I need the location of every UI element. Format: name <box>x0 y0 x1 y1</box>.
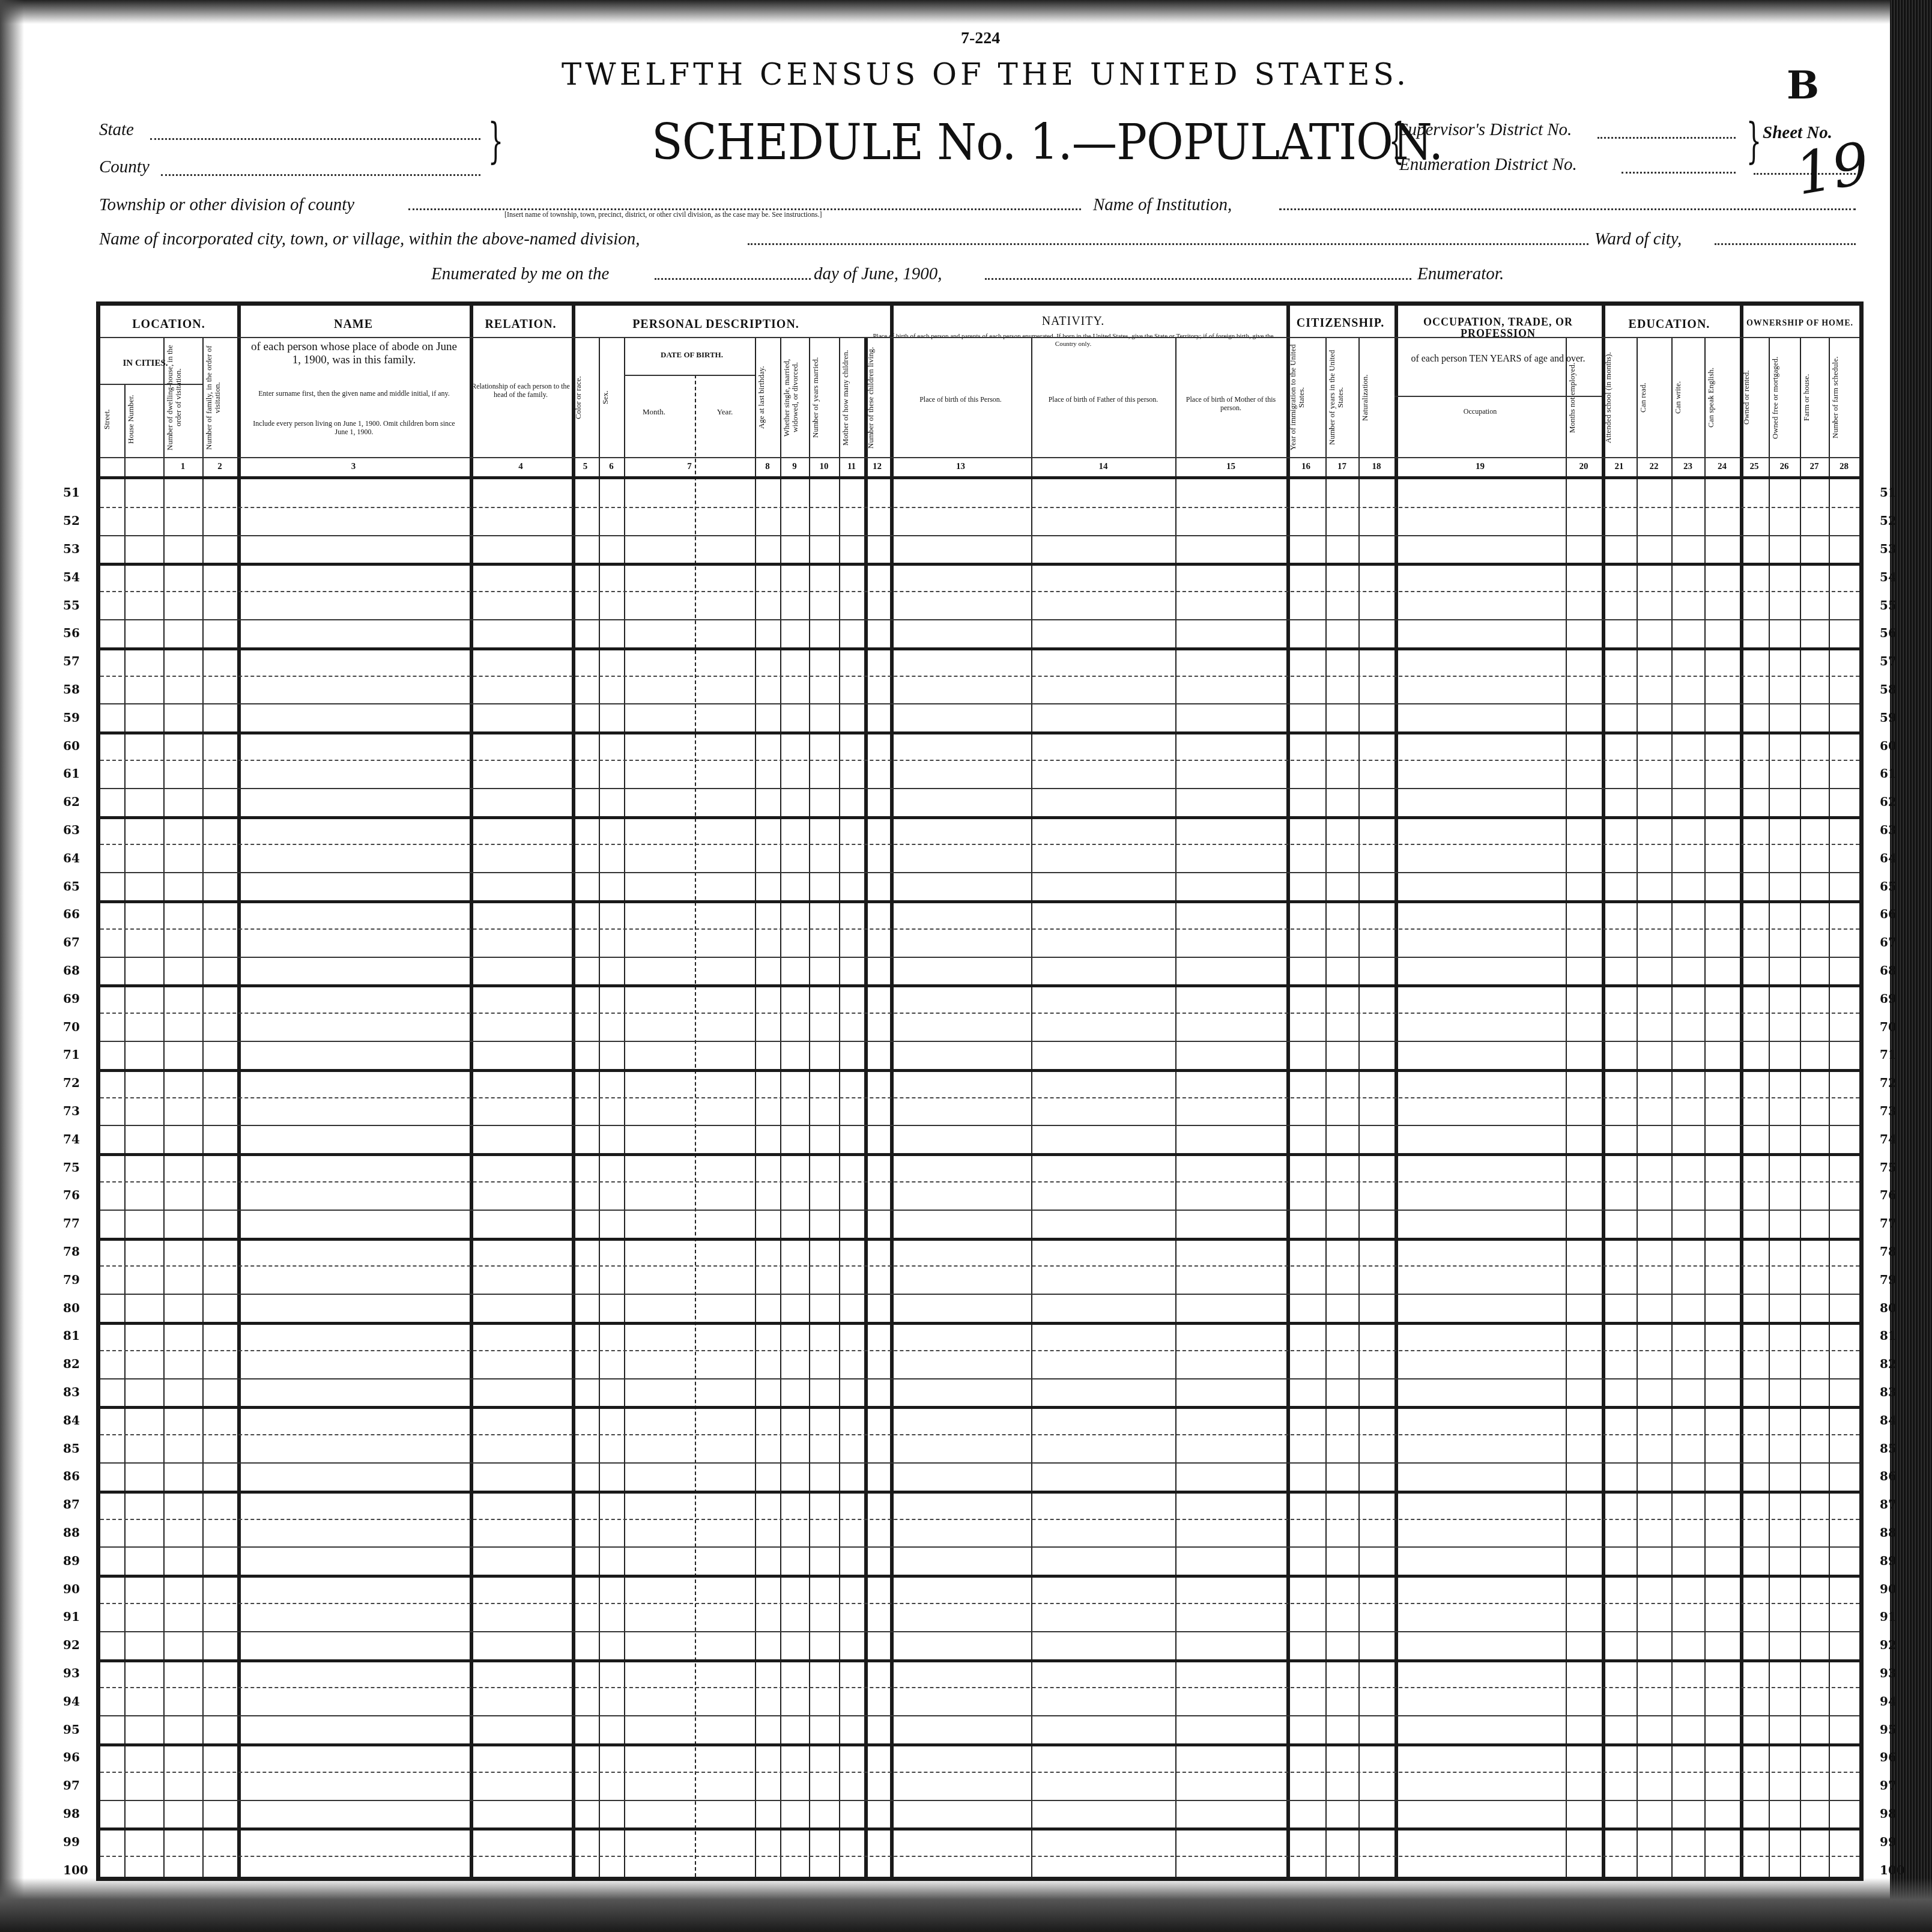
column-header-22: Can read. <box>1639 343 1669 452</box>
header-rule <box>100 337 1859 338</box>
group-name: NAME <box>237 318 470 332</box>
row-number-left: 69 <box>63 992 80 1006</box>
table-row[interactable] <box>100 1265 1859 1294</box>
column-header-1: Number of dwelling-house, in the order o… <box>166 343 200 452</box>
column-header-20: Months not employed. <box>1568 343 1599 452</box>
row-number-left: 82 <box>63 1357 80 1371</box>
table-row[interactable] <box>100 760 1859 788</box>
row-number-right: 92 <box>1880 1638 1897 1652</box>
nativity-description: Place of birth of each person and parent… <box>866 333 1280 348</box>
table-row[interactable] <box>100 703 1859 731</box>
column-header-8: Age at last birthday. <box>757 343 778 452</box>
column-number: 18 <box>1358 462 1394 472</box>
group-ownership: OWNERSHIP OF HOME. <box>1740 319 1860 329</box>
brace-close: } <box>1746 117 1761 165</box>
table-row[interactable] <box>100 731 1859 760</box>
group-citizenship: CITIZENSHIP. <box>1286 316 1394 330</box>
column-number: 6 <box>599 462 624 472</box>
column-header-7-year: Year. <box>695 408 755 417</box>
table-row[interactable] <box>100 619 1859 647</box>
group-occupation: OCCUPATION, TRADE, OR PROFESSION <box>1394 316 1602 339</box>
column-header-14: Place of birth of Father of this person. <box>1037 396 1169 404</box>
row-number-right: 96 <box>1880 1750 1897 1764</box>
table-row[interactable] <box>100 1715 1859 1743</box>
enumerated-day-field[interactable] <box>655 278 811 280</box>
column-header-7-month: Month. <box>624 408 684 417</box>
enumeration-district-field[interactable] <box>1622 172 1736 174</box>
column-number: 27 <box>1800 462 1829 472</box>
row-number-right: 87 <box>1880 1497 1897 1512</box>
row-number-left: 61 <box>63 766 80 781</box>
row-number-right: 63 <box>1880 823 1897 837</box>
row-number-left: 83 <box>63 1385 80 1399</box>
relation-description: Relationship of each person to the head … <box>471 383 570 399</box>
enumerator-label: Enumerator. <box>1417 264 1504 284</box>
row-number-left: 68 <box>63 963 80 978</box>
row-number-left: 73 <box>63 1104 80 1118</box>
row-number-left: 80 <box>63 1301 80 1315</box>
column-number: 7 <box>624 462 755 472</box>
row-number-right: 58 <box>1880 682 1897 697</box>
table-row[interactable] <box>100 1350 1859 1378</box>
column-header-2: Number of family, in the order of visita… <box>205 343 235 452</box>
row-number-left: 58 <box>63 682 80 697</box>
column-header-27: Farm or house. <box>1802 343 1826 452</box>
supervisor-district-field[interactable] <box>1597 137 1736 139</box>
institution-field[interactable] <box>1279 208 1856 210</box>
row-number-left: 87 <box>63 1497 80 1512</box>
row-number-left: 99 <box>63 1835 80 1849</box>
enumerator-field[interactable] <box>985 278 1411 280</box>
scan-edge-left <box>0 0 24 1932</box>
column-number: 8 <box>755 462 780 472</box>
row-number-right: 86 <box>1880 1469 1897 1483</box>
city-field[interactable] <box>748 243 1588 245</box>
table-row[interactable] <box>100 1153 1859 1181</box>
row-number-right: 90 <box>1880 1582 1897 1596</box>
row-number-right: 53 <box>1880 542 1897 556</box>
state-field[interactable] <box>150 138 480 140</box>
ward-field[interactable] <box>1715 243 1856 245</box>
table-row[interactable] <box>100 1519 1859 1547</box>
column-number: 1 <box>163 462 202 472</box>
table-row[interactable] <box>100 1603 1859 1631</box>
row-number-right: 56 <box>1880 626 1897 640</box>
township-label: Township or other division of county <box>99 195 354 215</box>
row-number-right: 80 <box>1880 1301 1897 1315</box>
column-header-28: Number of farm schedule. <box>1831 343 1857 452</box>
row-number-right: 94 <box>1880 1694 1897 1709</box>
row-number-right: 81 <box>1880 1328 1897 1343</box>
table-row[interactable] <box>100 1743 1859 1772</box>
row-number-left: 84 <box>63 1413 80 1428</box>
group-education: EDUCATION. <box>1602 318 1737 332</box>
row-number-left: 53 <box>63 542 80 556</box>
column-header-loc0: Street. <box>103 387 122 452</box>
row-number-right: 67 <box>1880 935 1897 949</box>
column-header-18: Naturalization. <box>1361 343 1392 452</box>
column-number: 22 <box>1637 462 1671 472</box>
column-header-19: Occupation <box>1401 408 1560 416</box>
table-row[interactable] <box>100 1069 1859 1097</box>
subheader-rule <box>624 375 755 376</box>
row-number-left: 100 <box>63 1863 88 1877</box>
form-stamp: 7-224 <box>961 29 1000 48</box>
scan-edge-top <box>0 0 1932 24</box>
enumeration-district-label: Enumeration District No. <box>1399 155 1577 175</box>
table-row[interactable] <box>100 1378 1859 1407</box>
row-number-left: 60 <box>63 739 80 753</box>
enumerated-label: Enumerated by me on the <box>431 264 609 284</box>
row-number-right: 82 <box>1880 1357 1897 1371</box>
row-number-left: 57 <box>63 654 80 668</box>
table-row[interactable] <box>100 676 1859 704</box>
scan-edge-bottom <box>0 1878 1932 1932</box>
row-number-left: 76 <box>63 1188 80 1202</box>
row-number-right: 51 <box>1880 485 1897 500</box>
column-header-26: Owned free or mortgaged. <box>1771 343 1797 452</box>
table-row[interactable] <box>100 1294 1859 1322</box>
table-row[interactable] <box>100 1659 1859 1688</box>
row-number-right: 62 <box>1880 795 1897 809</box>
group-location: LOCATION. <box>100 318 237 332</box>
row-number-right: 98 <box>1880 1806 1897 1821</box>
date-of-birth-label: DATE OF BIRTH. <box>629 351 755 360</box>
column-number: 13 <box>890 462 1031 472</box>
column-number: 11 <box>839 462 864 472</box>
table-row[interactable] <box>100 1828 1859 1856</box>
row-number-left: 93 <box>63 1666 80 1680</box>
row-number-left: 71 <box>63 1047 80 1062</box>
row-number-left: 79 <box>63 1273 80 1287</box>
column-number: 28 <box>1829 462 1859 472</box>
row-number-left: 62 <box>63 795 80 809</box>
row-number-right: 76 <box>1880 1188 1897 1202</box>
column-number: 20 <box>1566 462 1602 472</box>
row-number-left: 77 <box>63 1216 80 1231</box>
subheader-rule <box>100 384 202 385</box>
row-number-left: 67 <box>63 935 80 949</box>
row-number-right: 91 <box>1880 1609 1897 1624</box>
table-row[interactable] <box>100 647 1859 676</box>
table-row[interactable] <box>100 535 1859 563</box>
table-row[interactable] <box>100 479 1859 507</box>
row-number-right: 77 <box>1880 1216 1897 1231</box>
column-number: 4 <box>470 462 572 472</box>
row-number-right: 97 <box>1880 1778 1897 1793</box>
township-note: [Insert name of township, town, precinct… <box>504 210 822 219</box>
table-row[interactable] <box>100 1097 1859 1125</box>
group-personal-description: PERSONAL DESCRIPTION. <box>572 318 860 332</box>
column-header-15: Place of birth of Mother of this person. <box>1181 396 1280 413</box>
row-number-right: 66 <box>1880 907 1897 921</box>
table-row[interactable] <box>100 1013 1859 1041</box>
column-number: 16 <box>1286 462 1325 472</box>
table-row[interactable] <box>100 591 1859 619</box>
column-header-10: Number of years married. <box>811 343 837 452</box>
column-header-13: Place of birth of this Person. <box>896 396 1025 404</box>
column-header-17: Number of years in the United States. <box>1328 343 1356 452</box>
column-number: 26 <box>1769 462 1800 472</box>
table-row[interactable] <box>100 1491 1859 1519</box>
row-number-right: 99 <box>1880 1835 1897 1849</box>
table-row[interactable] <box>100 1041 1859 1069</box>
row-number-right: 89 <box>1880 1554 1897 1568</box>
row-number-right: 72 <box>1880 1076 1897 1090</box>
column-header-25: Owned or rented. <box>1742 343 1766 452</box>
row-number-right: 74 <box>1880 1132 1897 1146</box>
table-row[interactable] <box>100 1434 1859 1462</box>
sheet-number-handwritten[interactable]: 19 <box>1790 129 1874 208</box>
table-row[interactable] <box>100 563 1859 591</box>
column-number: 17 <box>1325 462 1358 472</box>
table-row[interactable] <box>100 872 1859 900</box>
table-row[interactable] <box>100 1687 1859 1715</box>
row-number-left: 75 <box>63 1160 80 1175</box>
table-row[interactable] <box>100 507 1859 535</box>
column-number: 24 <box>1704 462 1740 472</box>
row-number-right: 68 <box>1880 963 1897 978</box>
row-number-left: 91 <box>63 1609 80 1624</box>
brace-left: } <box>488 117 503 165</box>
row-number-right: 65 <box>1880 879 1897 894</box>
table-row[interactable] <box>100 816 1859 844</box>
row-number-left: 64 <box>63 851 80 865</box>
row-number-left: 51 <box>63 485 80 500</box>
table-row[interactable] <box>100 1772 1859 1800</box>
table-row[interactable] <box>100 1238 1859 1266</box>
row-number-right: 88 <box>1880 1525 1897 1540</box>
column-header-loc1: House Number. <box>127 387 161 452</box>
row-number-left: 98 <box>63 1806 80 1821</box>
row-number-left: 56 <box>63 626 80 640</box>
table-row[interactable] <box>100 1181 1859 1210</box>
row-number-left: 59 <box>63 710 80 725</box>
row-number-right: 57 <box>1880 654 1897 668</box>
table-row[interactable] <box>100 1462 1859 1491</box>
ward-label: Ward of city, <box>1594 229 1682 249</box>
header-rule <box>100 457 1859 458</box>
row-number-left: 54 <box>63 570 80 584</box>
population-schedule-table: LOCATION. IN CITIES. NAME of each person… <box>96 301 1864 1881</box>
row-number-left: 65 <box>63 879 80 894</box>
row-number-right: 78 <box>1880 1244 1897 1259</box>
subheader-rule <box>1394 396 1602 397</box>
row-number-left: 70 <box>63 1020 80 1034</box>
column-number: 9 <box>780 462 809 472</box>
row-number-left: 81 <box>63 1328 80 1343</box>
row-number-left: 96 <box>63 1750 80 1764</box>
row-number-left: 97 <box>63 1778 80 1793</box>
column-number: 23 <box>1671 462 1704 472</box>
table-row[interactable] <box>100 844 1859 872</box>
row-number-right: 69 <box>1880 992 1897 1006</box>
row-number-right: 75 <box>1880 1160 1897 1175</box>
name-note-surname: Enter surname first, then the given name… <box>250 390 458 398</box>
column-number: 2 <box>202 462 237 472</box>
table-row[interactable] <box>100 1575 1859 1603</box>
row-number-left: 66 <box>63 907 80 921</box>
row-number-left: 72 <box>63 1076 80 1090</box>
table-row[interactable] <box>100 984 1859 1013</box>
row-number-left: 78 <box>63 1244 80 1259</box>
city-label: Name of incorporated city, town, or vill… <box>99 229 640 249</box>
day-of-june-label: day of June, 1900, <box>814 264 942 284</box>
row-number-right: 70 <box>1880 1020 1897 1034</box>
row-number-right: 84 <box>1880 1413 1897 1428</box>
row-number-right: 55 <box>1880 598 1897 613</box>
column-number: 3 <box>237 462 470 472</box>
row-number-left: 95 <box>63 1722 80 1737</box>
row-number-right: 83 <box>1880 1385 1897 1399</box>
table-row[interactable] <box>100 788 1859 816</box>
column-header-23: Can write. <box>1674 343 1702 452</box>
column-header-11: Mother of how many children. <box>841 343 862 452</box>
column-header-9: Whether single, married, widowed, or div… <box>783 343 807 452</box>
row-number-left: 92 <box>63 1638 80 1652</box>
table-row[interactable] <box>100 1322 1859 1350</box>
schedule-title: SCHEDULE No. 1.—POPULATION. <box>652 114 1443 171</box>
column-header-6: Sex. <box>601 343 622 452</box>
table-row[interactable] <box>100 957 1859 985</box>
table-row[interactable] <box>100 1406 1859 1434</box>
column-header-16: Year of immigration to the United States… <box>1289 343 1323 452</box>
row-number-right: 60 <box>1880 739 1897 753</box>
row-number-right: 85 <box>1880 1441 1897 1456</box>
column-number: 5 <box>572 462 599 472</box>
column-header-24: Can speak English. <box>1707 343 1737 452</box>
column-header-12: Number of these children living. <box>867 343 888 452</box>
row-number-right: 79 <box>1880 1273 1897 1287</box>
column-header-5: Color or race. <box>574 343 596 452</box>
institution-label: Name of Institution, <box>1093 195 1232 215</box>
row-number-right: 61 <box>1880 766 1897 781</box>
row-number-left: 90 <box>63 1582 80 1596</box>
name-description: of each person whose place of abode on J… <box>250 341 458 367</box>
name-note-include: Include every person living on June 1, 1… <box>250 420 458 437</box>
supervisor-district-label: Supervisor's District No. <box>1399 120 1572 140</box>
row-number-left: 63 <box>63 823 80 837</box>
row-number-right: 54 <box>1880 570 1897 584</box>
column-header-21: Attended school (in months). <box>1604 343 1634 452</box>
table-row[interactable] <box>100 1546 1859 1575</box>
row-number-right: 73 <box>1880 1104 1897 1118</box>
row-number-left: 89 <box>63 1554 80 1568</box>
table-row[interactable] <box>100 1125 1859 1153</box>
column-number: 14 <box>1031 462 1175 472</box>
column-number: 25 <box>1740 462 1769 472</box>
row-number-left: 52 <box>63 513 80 528</box>
column-number: 15 <box>1175 462 1286 472</box>
census-title: TWELFTH CENSUS OF THE UNITED STATES. <box>562 57 1410 92</box>
county-field[interactable] <box>161 174 480 176</box>
row-number-right: 95 <box>1880 1722 1897 1737</box>
group-nativity: NATIVITY. <box>860 315 1286 329</box>
row-number-left: 86 <box>63 1469 80 1483</box>
row-number-right: 71 <box>1880 1047 1897 1062</box>
column-number: 21 <box>1602 462 1637 472</box>
state-label: State <box>99 120 134 140</box>
group-relation: RELATION. <box>470 318 572 332</box>
column-number: 19 <box>1394 462 1566 472</box>
row-number-right: 100 <box>1880 1863 1905 1877</box>
row-number-left: 55 <box>63 598 80 613</box>
table-row[interactable] <box>100 1856 1859 1884</box>
row-number-left: 85 <box>63 1441 80 1456</box>
county-label: County <box>99 157 150 177</box>
table-row[interactable] <box>100 900 1859 928</box>
row-number-right: 52 <box>1880 513 1897 528</box>
row-number-left: 88 <box>63 1525 80 1540</box>
row-number-right: 93 <box>1880 1666 1897 1680</box>
table-row[interactable] <box>100 1800 1859 1828</box>
column-number: 10 <box>809 462 839 472</box>
table-row[interactable] <box>100 1210 1859 1238</box>
row-number-left: 94 <box>63 1694 80 1709</box>
table-row[interactable] <box>100 1631 1859 1659</box>
row-number-right: 64 <box>1880 851 1897 865</box>
row-number-left: 74 <box>63 1132 80 1146</box>
column-number: 12 <box>864 462 890 472</box>
table-row[interactable] <box>100 928 1859 957</box>
form-letter: B <box>1787 63 1819 108</box>
row-number-right: 59 <box>1880 710 1897 725</box>
